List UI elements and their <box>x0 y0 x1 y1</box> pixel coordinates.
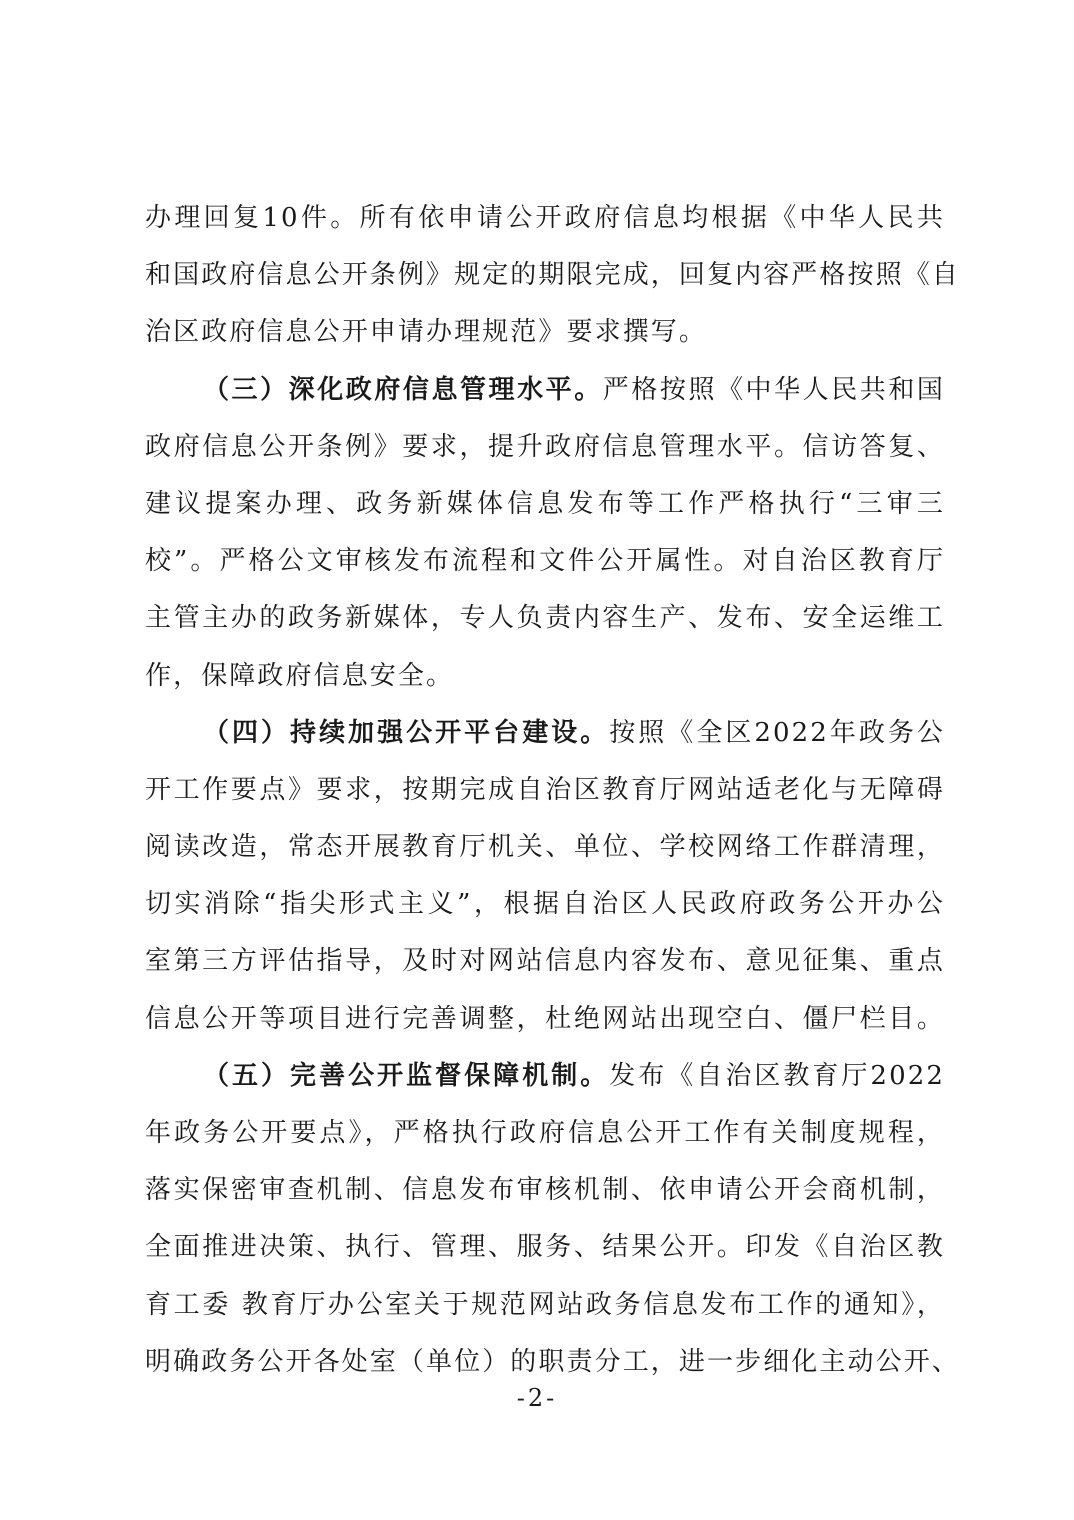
section-heading: （四）持续加强公开平台建设。 <box>203 718 609 748</box>
text-line: 主管主办的政务新媒体，专人负责内容生产、发布、安全运维工 <box>145 590 945 647</box>
text-span: 严格按照《中华人民共和国 <box>603 375 945 405</box>
text-line: 建议提案办理、政务新媒体信息发布等工作严格执行“三审三 <box>145 476 945 533</box>
text-span: 按照《全区2022年政务公 <box>609 718 945 748</box>
text-line: 室第三方评估指导，及时对网站信息内容发布、意见征集、重点 <box>145 933 945 990</box>
text-line: 和国政府信息公开条例》规定的期限完成，回复内容严格按照《自 <box>145 247 945 304</box>
text-line: 校”。严格公文审核发布流程和文件公开属性。对自治区教育厅 <box>145 533 945 590</box>
text-line: 明确政务公开各处室（单位）的职责分工，进一步细化主动公开、 <box>145 1334 945 1391</box>
text-line: 切实消除“指尖形式主义”，根据自治区人民政府政务公开办公 <box>145 876 945 933</box>
page-number: -2- <box>0 1384 1074 1412</box>
text-line: 年政务公开要点》，严格执行政府信息公开工作有关制度规程， <box>145 1105 945 1162</box>
text-line: 政府信息公开条例》要求，提升政府信息管理水平。信访答复、 <box>145 419 945 476</box>
section-heading-line: （四）持续加强公开平台建设。按照《全区2022年政务公 <box>145 705 945 762</box>
section-heading-line: （五）完善公开监督保障机制。发布《自治区教育厅2022 <box>145 1048 945 1105</box>
text-line: 落实保密审查机制、信息发布审核机制、依申请公开会商机制， <box>145 1162 945 1219</box>
section-heading: （五）完善公开监督保障机制。 <box>203 1061 609 1091</box>
text-span: 发布《自治区教育厅2022 <box>609 1061 945 1091</box>
section-heading-line: （三）深化政府信息管理水平。严格按照《中华人民共和国 <box>145 362 945 419</box>
document-body: 办理回复10件。所有依申请公开政府信息均根据《中华人民共 和国政府信息公开条例》… <box>145 190 945 1391</box>
text-line: 办理回复10件。所有依申请公开政府信息均根据《中华人民共 <box>145 190 945 247</box>
text-line: 开工作要点》要求，按期完成自治区教育厅网站适老化与无障碍 <box>145 762 945 819</box>
section-heading: （三）深化政府信息管理水平。 <box>203 375 603 405</box>
text-line: 信息公开等项目进行完善调整，杜绝网站出现空白、僵尸栏目。 <box>145 991 945 1048</box>
text-line: 阅读改造，常态开展教育厅机关、单位、学校网络工作群清理， <box>145 819 945 876</box>
text-line: 作，保障政府信息安全。 <box>145 648 945 705</box>
document-page: 办理回复10件。所有依申请公开政府信息均根据《中华人民共 和国政府信息公开条例》… <box>0 0 1074 1520</box>
text-line: 全面推进决策、执行、管理、服务、结果公开。印发《自治区教 <box>145 1219 945 1276</box>
text-line: 治区政府信息公开申请办理规范》要求撰写。 <box>145 304 945 361</box>
text-line: 育工委 教育厅办公室关于规范网站政务信息发布工作的通知》， <box>145 1277 945 1334</box>
